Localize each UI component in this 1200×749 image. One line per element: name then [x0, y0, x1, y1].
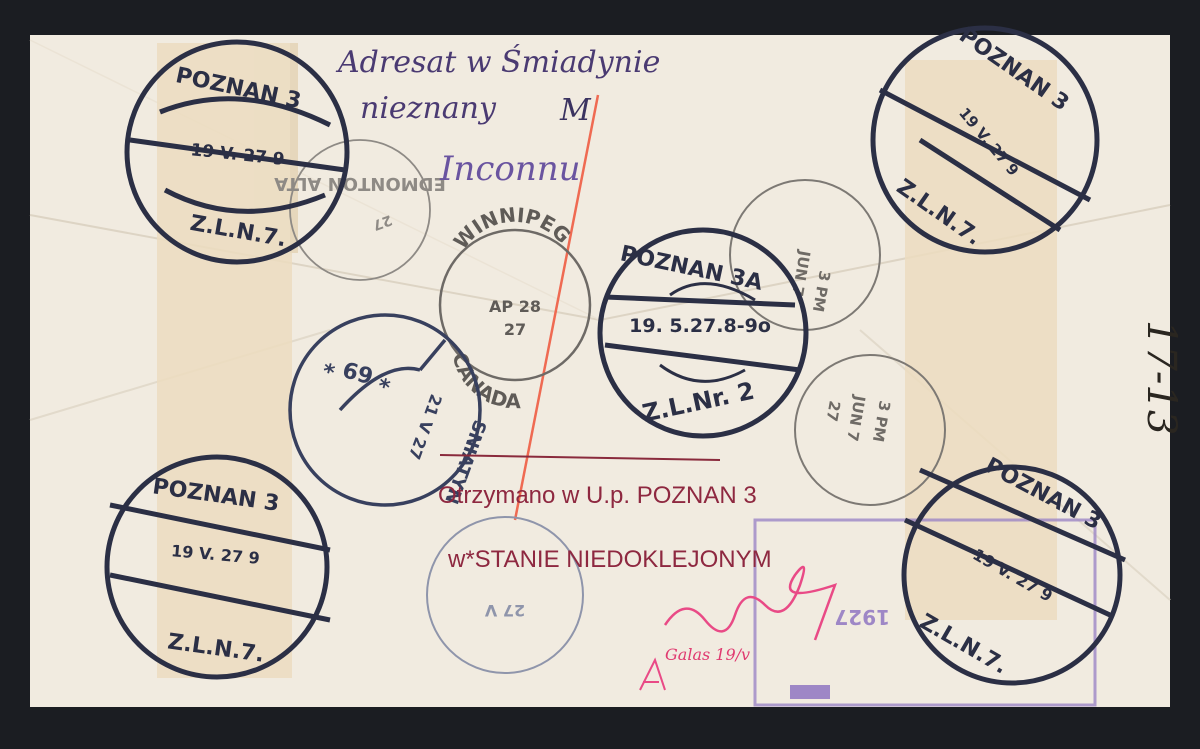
svg-text:Inconnu: Inconnu: [439, 149, 581, 189]
svg-text:19. 5.27.8-9o: 19. 5.27.8-9o: [629, 315, 771, 337]
svg-text:27 V: 27 V: [484, 601, 525, 620]
svg-text:27: 27: [504, 320, 526, 339]
svg-text:Adresat w Śmiadynie: Adresat w Śmiadynie: [335, 44, 660, 80]
envelope-back-scan: EDMONTON ALTA 27 WINNIPEG AP 28 27 CANAD…: [0, 0, 1200, 749]
side-pencil-note: 17-13: [1138, 320, 1184, 435]
svg-text:1927: 1927: [834, 605, 890, 629]
svg-text:nieznany: nieznany: [360, 91, 497, 126]
svg-text:Galas 19/v: Galas 19/v: [665, 645, 750, 664]
svg-text:AP 28: AP 28: [489, 297, 541, 316]
svg-text:M: M: [559, 93, 592, 128]
svg-text:Otrzymano w U.p. POZNAN 3: Otrzymano w U.p. POZNAN 3: [438, 482, 757, 509]
svg-text:EDMONTON ALTA: EDMONTON ALTA: [274, 173, 446, 194]
svg-text:w*STANIE NIEDOKLEJONYM: w*STANIE NIEDOKLEJONYM: [447, 546, 772, 573]
svg-text:27: 27: [822, 399, 843, 423]
